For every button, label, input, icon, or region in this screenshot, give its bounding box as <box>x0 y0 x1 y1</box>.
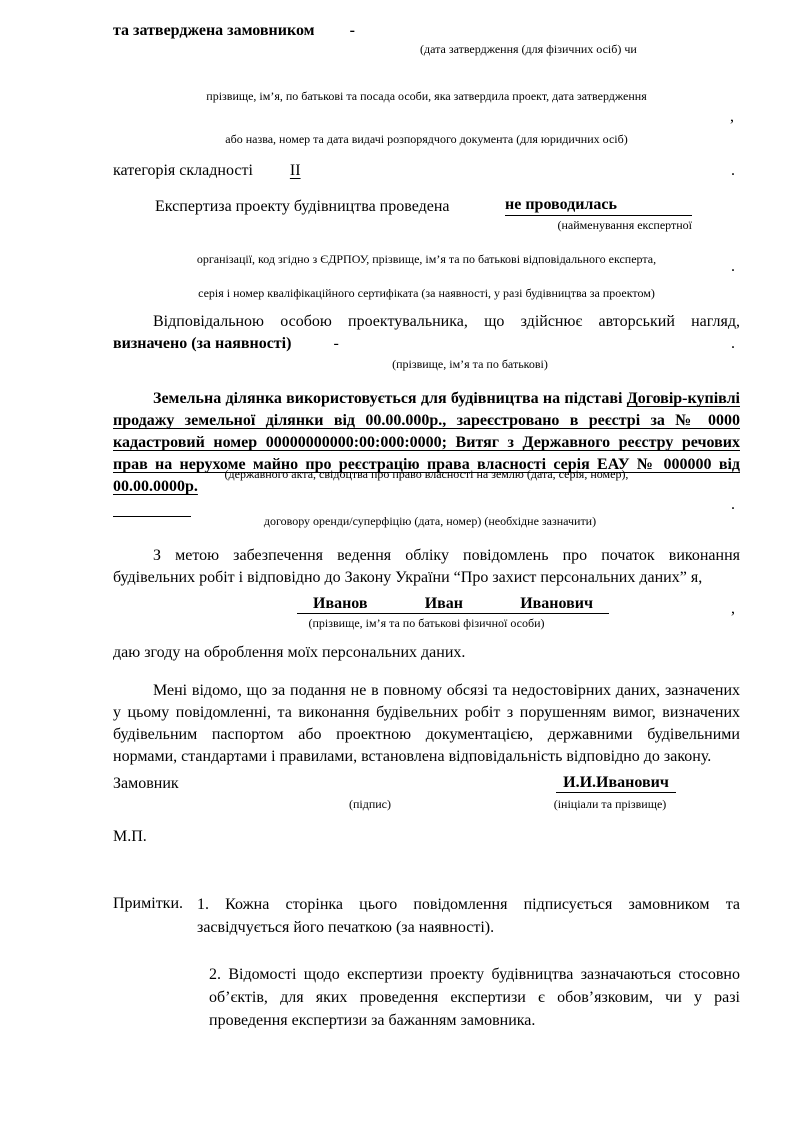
consent-hint: (прізвище, ім’я та по батькові фізичної … <box>113 616 740 631</box>
liability-paragraph: Мені відомо, що за подання не в повному … <box>113 680 740 768</box>
approval-hint-org: або назва, номер та дата видачі розпоряд… <box>113 132 740 147</box>
notes-item-1: 1. Кожна сторінка цього повідомлення під… <box>197 893 740 939</box>
consent-paragraph: З метою забезпечення ведення обліку пові… <box>113 545 740 589</box>
notes-list: 1. Кожна сторінка цього повідомлення під… <box>197 893 740 1056</box>
expertise-tail-punct: . <box>731 256 735 278</box>
signature-hint-sign: (підпис) <box>330 797 410 812</box>
consent-name-first: Иван <box>425 593 463 613</box>
notes-item-2: 2. Відомості щодо експертизи проекту буд… <box>209 963 740 1032</box>
land-tail-punct: . <box>731 494 735 516</box>
expertise-hint2: організації, код згідно з ЄДРПОУ, прізви… <box>113 252 740 267</box>
land-blank-line <box>113 516 191 517</box>
signature-name: И.И.Иванович <box>556 772 676 793</box>
expertise-hint1: (найменування експертної <box>548 218 692 233</box>
approval-hint-person: прізвище, ім’я, по батькові та посада ос… <box>113 89 740 104</box>
designer-hint: (прізвище, ім’я та по батькові) <box>300 357 640 372</box>
designer-tail-punct: . <box>731 333 735 355</box>
expertise-value: не проводилась <box>505 194 692 216</box>
category-tail-punct: . <box>731 160 735 182</box>
designer-line1: Відповідальною особою проектувальника, щ… <box>113 311 740 333</box>
approval-label: та затверджена замовником <box>113 22 315 39</box>
consent-name-middle: Иванович <box>520 593 593 613</box>
category-value: II <box>290 160 301 182</box>
expertise-hint3: серія і номер кваліфікаційного сертифіка… <box>113 286 740 301</box>
customer-label: Замовник <box>113 773 179 795</box>
approval-hint-date: (дата затвердження (для фізичних осіб) ч… <box>420 42 637 57</box>
approval-line: та затверджена замовником- <box>113 20 740 42</box>
land-hint1: (державного акта, свідоцтва про право вл… <box>113 467 740 482</box>
expertise-label: Експертиза проекту будівництва проведена <box>155 196 450 218</box>
notes-label: Примітки. <box>113 893 183 915</box>
consent-name-row: Иванов Иван Иванович <box>297 593 609 614</box>
approval-tail-punct: , <box>730 106 734 128</box>
designer-value: - <box>333 333 338 355</box>
designer-line2-label: визначено (за наявності) <box>113 335 291 352</box>
category-label: категорія складності <box>113 162 253 179</box>
seal-mark: М.П. <box>113 826 147 848</box>
consent-agree-line: даю згоду на оброблення моїх персональни… <box>113 642 465 664</box>
signature-hint-initials: (ініціали та прізвище) <box>540 797 680 812</box>
approval-value: - <box>350 20 355 42</box>
category-row: категорія складностіII <box>113 160 301 182</box>
land-lead: Земельна ділянка використовується для бу… <box>153 390 627 407</box>
designer-line2: визначено (за наявності)- <box>113 333 339 355</box>
land-hint2: договору оренди/суперфіцію (дата, номер)… <box>230 514 630 529</box>
document-page: та затверджена замовником- (дата затверд… <box>0 0 793 1123</box>
consent-name-last: Иванов <box>313 593 368 613</box>
